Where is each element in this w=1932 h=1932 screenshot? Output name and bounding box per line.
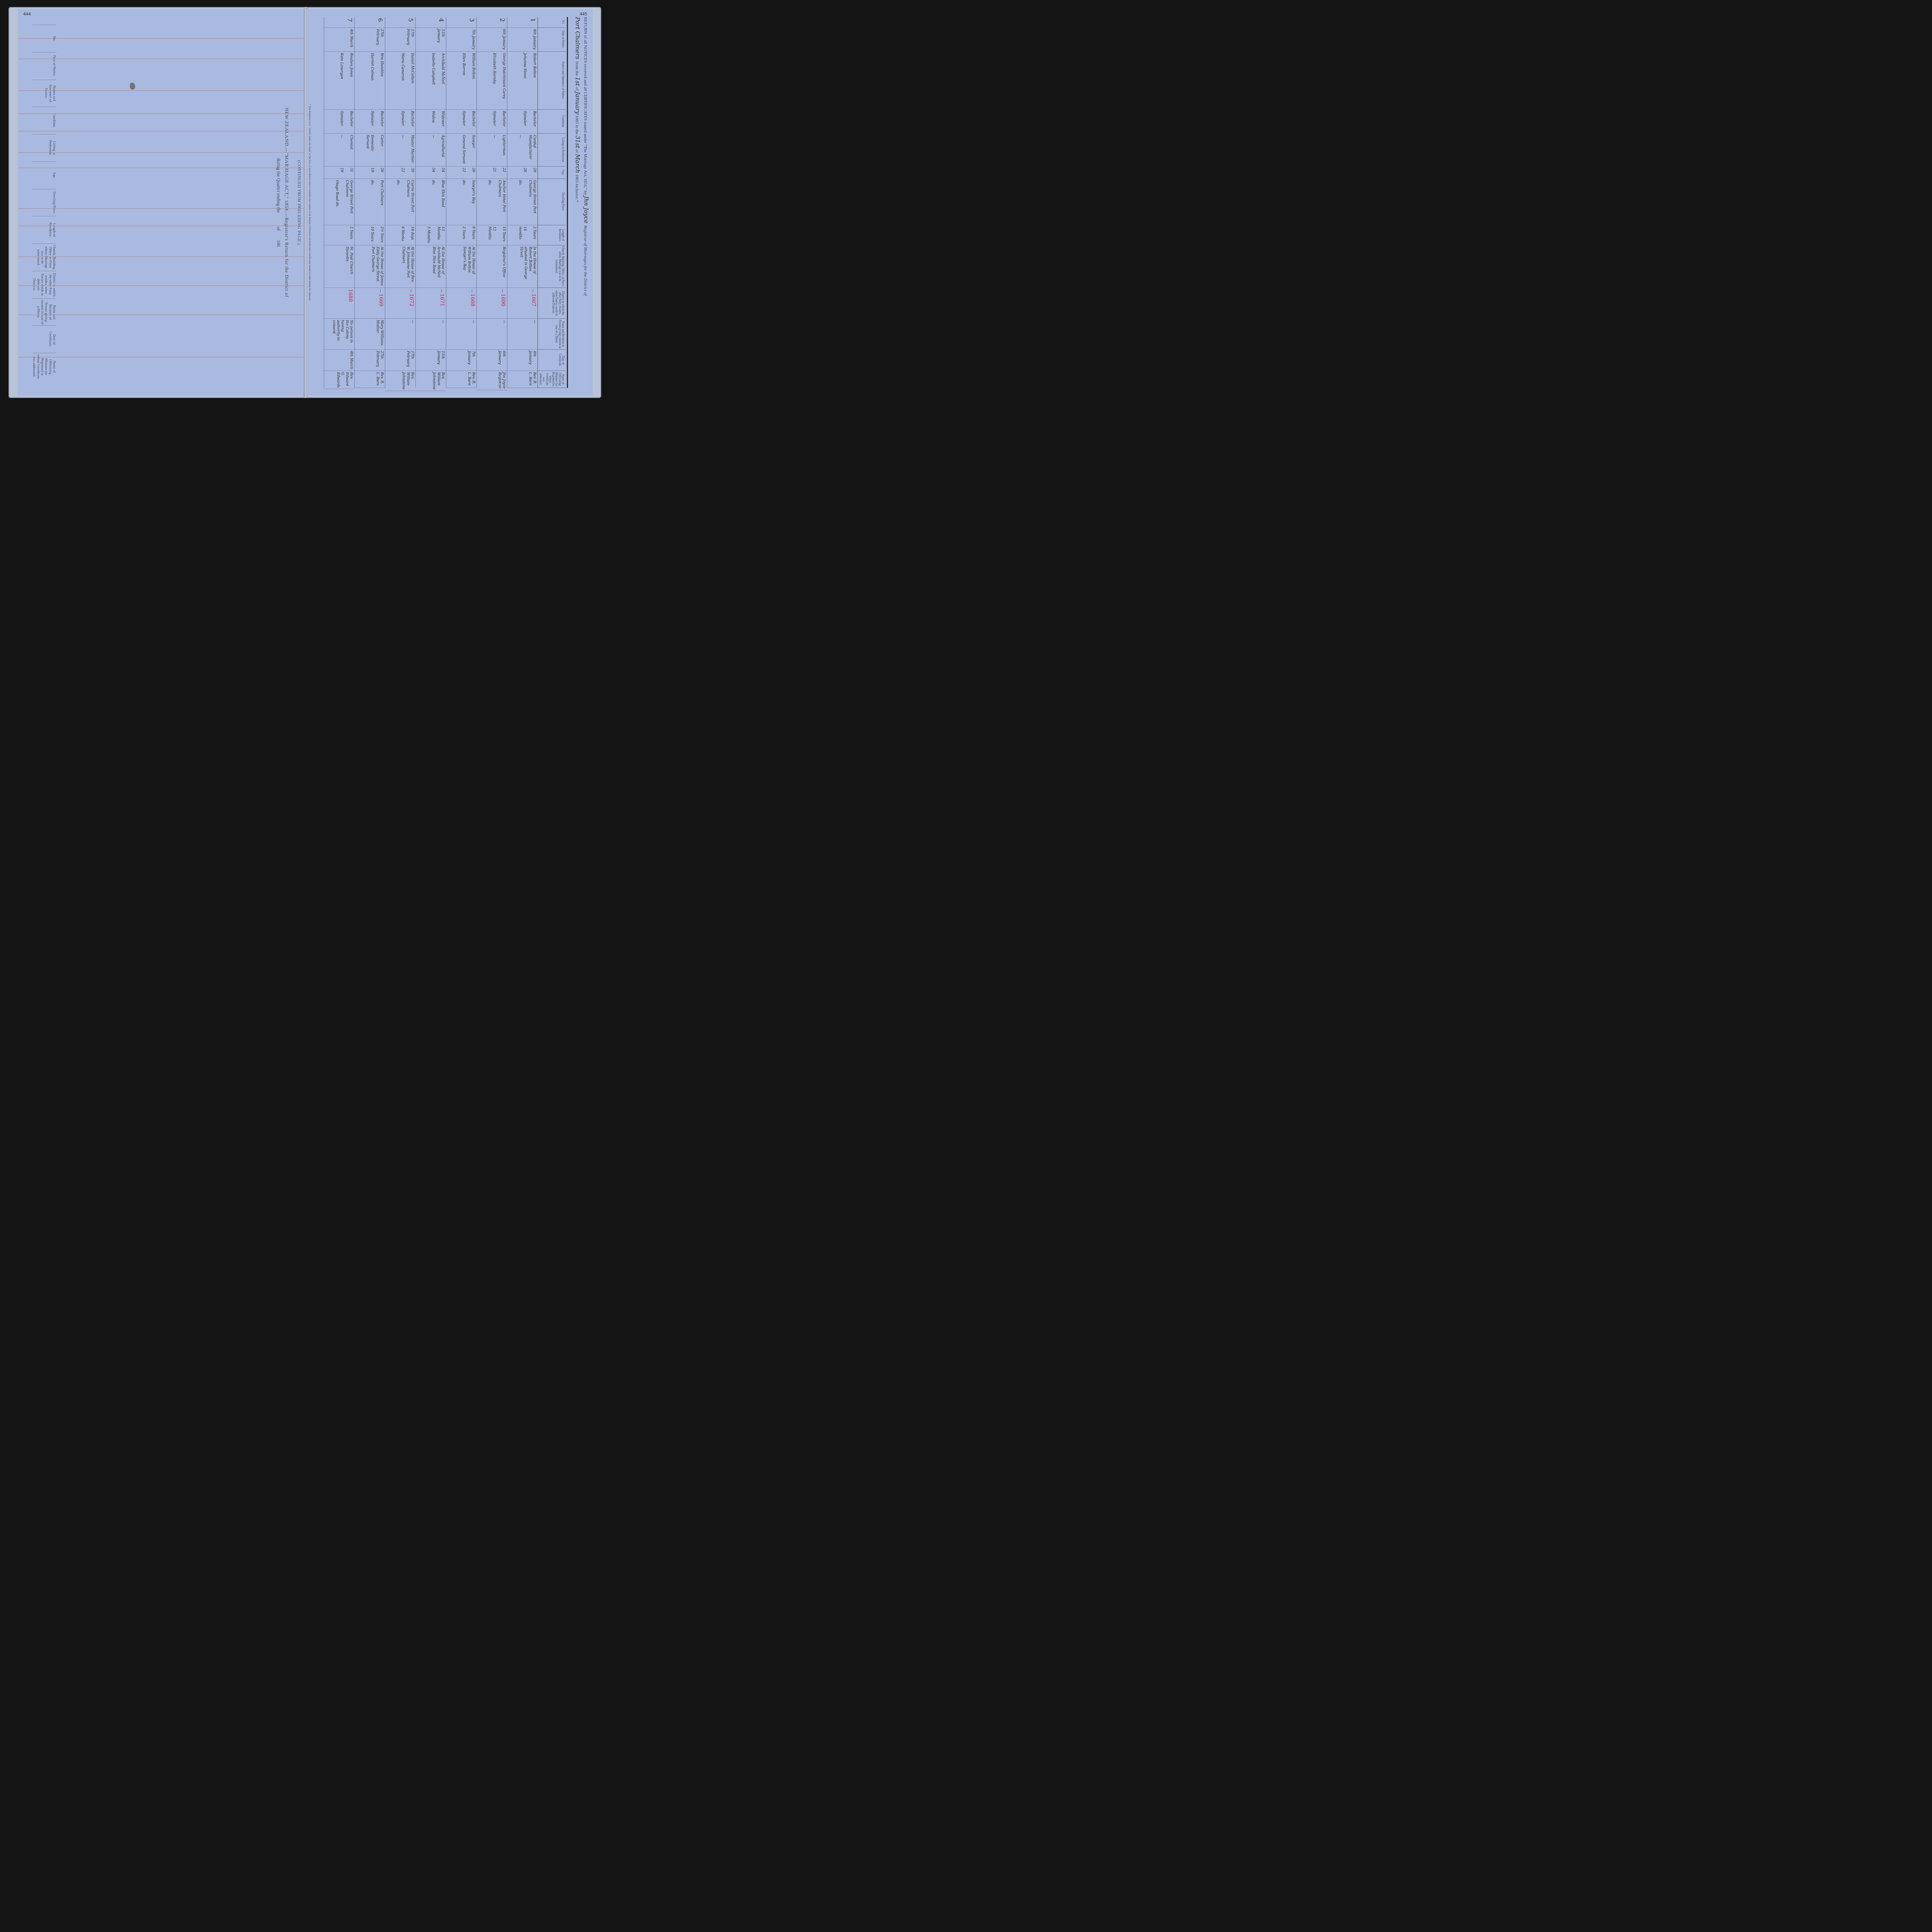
return-header: RETURN of all NOTICES received and all C… (574, 17, 590, 296)
table-row: 6 27th February Wm HumblesHarriet Colman… (354, 17, 385, 388)
table-row: 7 4th March Reuben JonesKate Lonergan Ba… (324, 17, 354, 388)
header-rule (567, 17, 568, 388)
table-row: 4 11th January Archibald McNeilIsabella … (415, 17, 446, 388)
register-book-spread: 444 NEW ZEALAND.—"MARRIAGE ACT," 1854.—R… (9, 7, 601, 398)
table-header: No. Date of Notice. Names and Surnames o… (537, 17, 566, 388)
right-page: 445 RETURN of all NOTICES received and a… (307, 9, 593, 396)
left-heading: NEW ZEALAND.—"MARRIAGE ACT," 1854.—Regis… (284, 9, 290, 396)
continued-label: (CONTINUED FROM PRECEDING PAGE.) (297, 9, 301, 396)
table-row: 2 6th January George Hutchinson CareyEli… (476, 17, 507, 388)
registration-number: 1672 (408, 294, 414, 306)
registration-number: 1671 (439, 294, 445, 306)
table-row: 3 7th January William BoltonEllen Barron… (446, 17, 476, 388)
registration-number: 1680 (347, 289, 353, 302)
registration-number: 1667 (531, 294, 536, 306)
registrar-name: Jhn Joyce (583, 196, 590, 223)
registrar-footnote: * The Registrar is to "certify under his… (308, 17, 311, 388)
left-subheading: during the Quarter ending the of 186 (276, 9, 281, 396)
table-row: 5 17th February Daniel McCallumMaria Cam… (385, 17, 415, 388)
left-page: 444 NEW ZEALAND.—"MARRIAGE ACT," 1854.—R… (18, 9, 304, 396)
marriage-register-table: No. Date of Notice. Names and Surnames o… (315, 17, 566, 388)
table-row: 1 4th January Robert BoltonJohanna Stone… (507, 17, 537, 388)
left-column-headers: No. Date of Notice. Names and Surnames o… (32, 25, 56, 380)
right-page-content: RETURN of all NOTICES received and all C… (307, 9, 593, 396)
registration-number: 1690 (500, 294, 506, 306)
left-page-content: NEW ZEALAND.—"MARRIAGE ACT," 1854.—Regis… (18, 9, 304, 396)
registration-number: 1668 (469, 294, 475, 306)
registration-number: 1669 (378, 294, 384, 306)
district-name: Port Chalmers (574, 17, 581, 59)
